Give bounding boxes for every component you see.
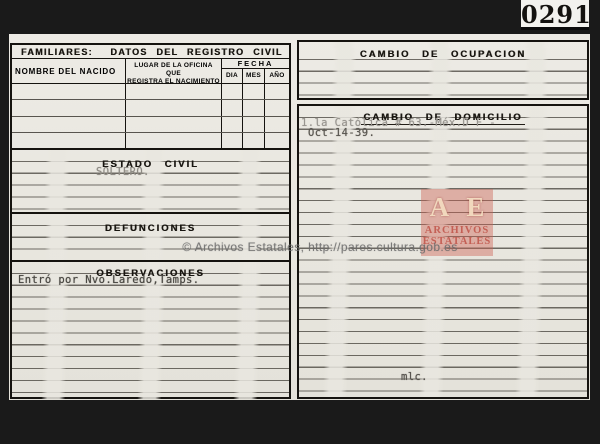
table-cell <box>243 117 265 132</box>
column-header-oficina: LUGAR DE LA OFICINA QUE REGISTRA EL NACI… <box>126 59 222 83</box>
table-cell <box>126 100 222 115</box>
table-cell <box>222 84 243 99</box>
table-cell <box>12 133 126 148</box>
column-header-oficina-line1: LUGAR DE LA OFICINA QUE <box>126 62 221 78</box>
copyright-watermark: © Archivos Estatales, http://pares.cultu… <box>135 240 505 254</box>
archives-logo-line1: ARCHIVOS <box>425 225 489 236</box>
table-cell <box>126 84 222 99</box>
table-row <box>12 117 289 133</box>
registry-table: FAMILIARES: DATOS DEL REGISTRO CIVIL NOM… <box>12 45 289 150</box>
registry-table-header-row: NOMBRE DEL NACIDO LUGAR DE LA OFICINA QU… <box>12 59 289 84</box>
table-cell <box>265 84 289 99</box>
fecha-subcolumns: DIA MES AÑO <box>222 69 289 83</box>
column-header-ano: AÑO <box>265 69 289 83</box>
table-cell <box>243 133 265 148</box>
table-cell <box>265 117 289 132</box>
section-estado-civil: ESTADO CIVIL SOLTERO. <box>12 150 289 212</box>
left-panel: FAMILIARES: DATOS DEL REGISTRO CIVIL NOM… <box>10 43 291 399</box>
column-header-nombre: NOMBRE DEL NACIDO <box>12 59 126 83</box>
section-header: DEFUNCIONES <box>12 214 289 236</box>
column-header-dia: DIA <box>222 69 243 83</box>
table-cell <box>12 117 126 132</box>
estado-civil-value: SOLTERO. <box>96 166 150 178</box>
table-cell <box>243 100 265 115</box>
table-cell <box>12 100 126 115</box>
observaciones-value: Entró por Nvo.Laredo,Tamps. <box>18 274 199 286</box>
section-header: CAMBIO DE OCUPACION <box>299 42 587 62</box>
table-cell <box>222 117 243 132</box>
cambio-ocupacion-label: CAMBIO DE OCUPACION <box>360 49 526 60</box>
section-cambio-ocupacion: CAMBIO DE OCUPACION <box>297 40 589 100</box>
table-cell <box>265 100 289 115</box>
registry-table-body <box>12 84 289 148</box>
registry-table-title: FAMILIARES: DATOS DEL REGISTRO CIVIL <box>12 45 289 59</box>
table-cell <box>126 117 222 132</box>
document-id-stamp: 0291 <box>521 0 589 30</box>
column-header-fecha-group: FECHA DIA MES AÑO <box>222 59 289 83</box>
table-cell <box>265 133 289 148</box>
section-observaciones: OBSERVACIONES Entró por Nvo.Laredo,Tamps… <box>12 260 289 399</box>
clerk-initials: mlc. <box>401 371 428 383</box>
archives-logo-letters: A E <box>424 189 491 225</box>
table-cell <box>126 133 222 148</box>
scanned-page-background: 0291 FAMILIARES: DATOS DEL REGISTRO CIVI… <box>0 0 600 444</box>
section-header: ESTADO CIVIL <box>12 150 289 172</box>
column-header-fecha: FECHA <box>222 59 289 69</box>
table-cell <box>222 133 243 148</box>
table-cell <box>222 100 243 115</box>
table-row <box>12 84 289 100</box>
column-header-mes: MES <box>243 69 265 83</box>
defunciones-label: DEFUNCIONES <box>105 223 196 234</box>
domicilio-entry-line2: Oct-14-39. <box>308 127 375 139</box>
table-cell <box>243 84 265 99</box>
table-cell <box>12 84 126 99</box>
table-row <box>12 100 289 116</box>
registry-card: FAMILIARES: DATOS DEL REGISTRO CIVIL NOM… <box>9 34 590 400</box>
table-row <box>12 133 289 148</box>
